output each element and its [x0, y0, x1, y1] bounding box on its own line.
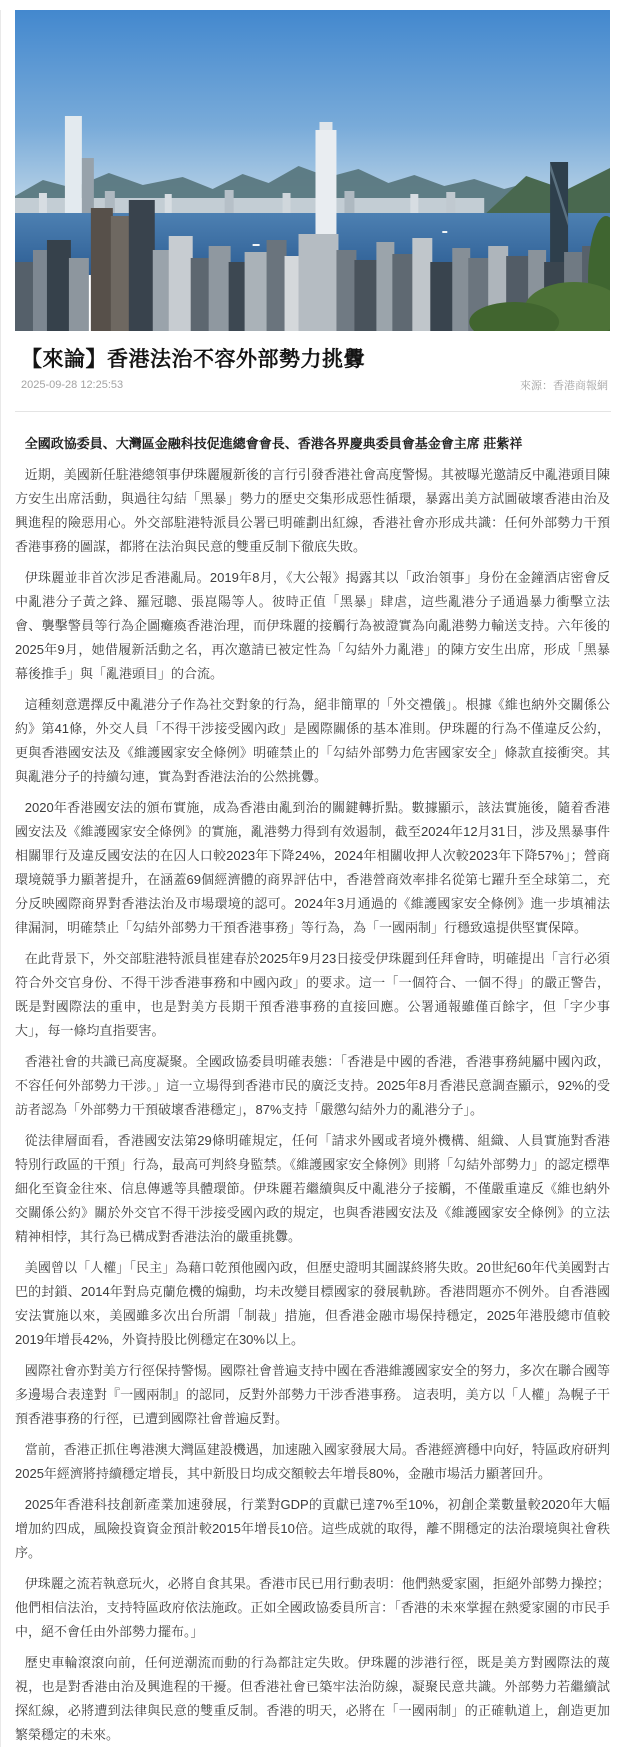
author-line: 全國政協委員、大灣區金融科技促進總會會長、香港各界慶典委員會基金會主席 莊紫祥	[15, 432, 610, 456]
article-paragraph: 國際社會亦對美方行徑保持警惕。國際社會普遍支持中國在香港維護國家安全的努力，多次…	[15, 1359, 610, 1431]
publish-timestamp: 2025-09-28 12:25:53	[21, 379, 123, 391]
article-paragraph: 伊珠麗之流若執意玩火，必將自食其果。香港市民已用行動表明：他們熱愛家園，拒絕外部…	[15, 1572, 610, 1644]
article-paragraph: 2025年香港科技創新產業加速發展，行業對GDP的貢獻已達7%至10%，初創企業…	[15, 1493, 610, 1565]
article-paragraph: 美國曾以「人權」「民主」為藉口乾預他國內政，但歷史證明其圖謀終將失敗。20世紀6…	[15, 1256, 610, 1352]
article-hero-image	[15, 10, 610, 331]
article-body: 全國政協委員、大灣區金融科技促進總會會長、香港各界慶典委員會基金會主席 莊紫祥 …	[15, 432, 610, 1747]
article-paragraph: 近期，美國新任駐港總領事伊珠麗履新後的言行引發香港社會高度警惕。其被曝光邀請反中…	[15, 463, 610, 559]
article-paragraph: 從法律層面看，香港國安法第29條明確規定，任何「請求外國或者境外機構、組織、人員…	[15, 1129, 610, 1249]
hong-kong-skyline-illustration	[15, 10, 610, 331]
meta-divider	[15, 411, 611, 412]
source-label: 來源：香港商報網	[520, 377, 608, 393]
article-paragraph: 2020年香港國安法的頒布實施，成為香港由亂到治的關鍵轉折點。數據顯示，該法實施…	[15, 796, 610, 940]
article-page: 【來論】香港法治不容外部勢力挑釁 2025-09-28 12:25:53 來源：…	[0, 10, 625, 1747]
article-paragraph: 香港社會的共識已高度凝聚。全國政協委員明確表態：「香港是中國的香港，香港事務純屬…	[15, 1050, 610, 1122]
article-paragraph: 當前，香港正抓住粵港澳大灣區建設機遇，加速融入國家發展大局。香港經濟穩中向好，特…	[15, 1438, 610, 1486]
article-meta-row: 2025-09-28 12:25:53 來源：香港商報網	[21, 377, 608, 393]
article-paragraph: 歷史車輪滾滾向前，任何逆潮流而動的行為都註定失敗。伊珠麗的涉港行徑，既是美方對國…	[15, 1651, 610, 1747]
article-paragraph: 伊珠麗並非首次涉足香港亂局。2019年8月，《大公報》揭露其以「政治領事」身份在…	[15, 566, 610, 686]
article-paragraph: 這種刻意選擇反中亂港分子作為社交對象的行為，絕非簡單的「外交禮儀」。根據《維也納…	[15, 693, 610, 789]
page-title: 【來論】香港法治不容外部勢力挑釁	[21, 346, 605, 373]
article-paragraph: 在此背景下，外交部駐港特派員崔建春於2025年9月23日接受伊珠麗到任拜會時，明…	[15, 947, 610, 1043]
